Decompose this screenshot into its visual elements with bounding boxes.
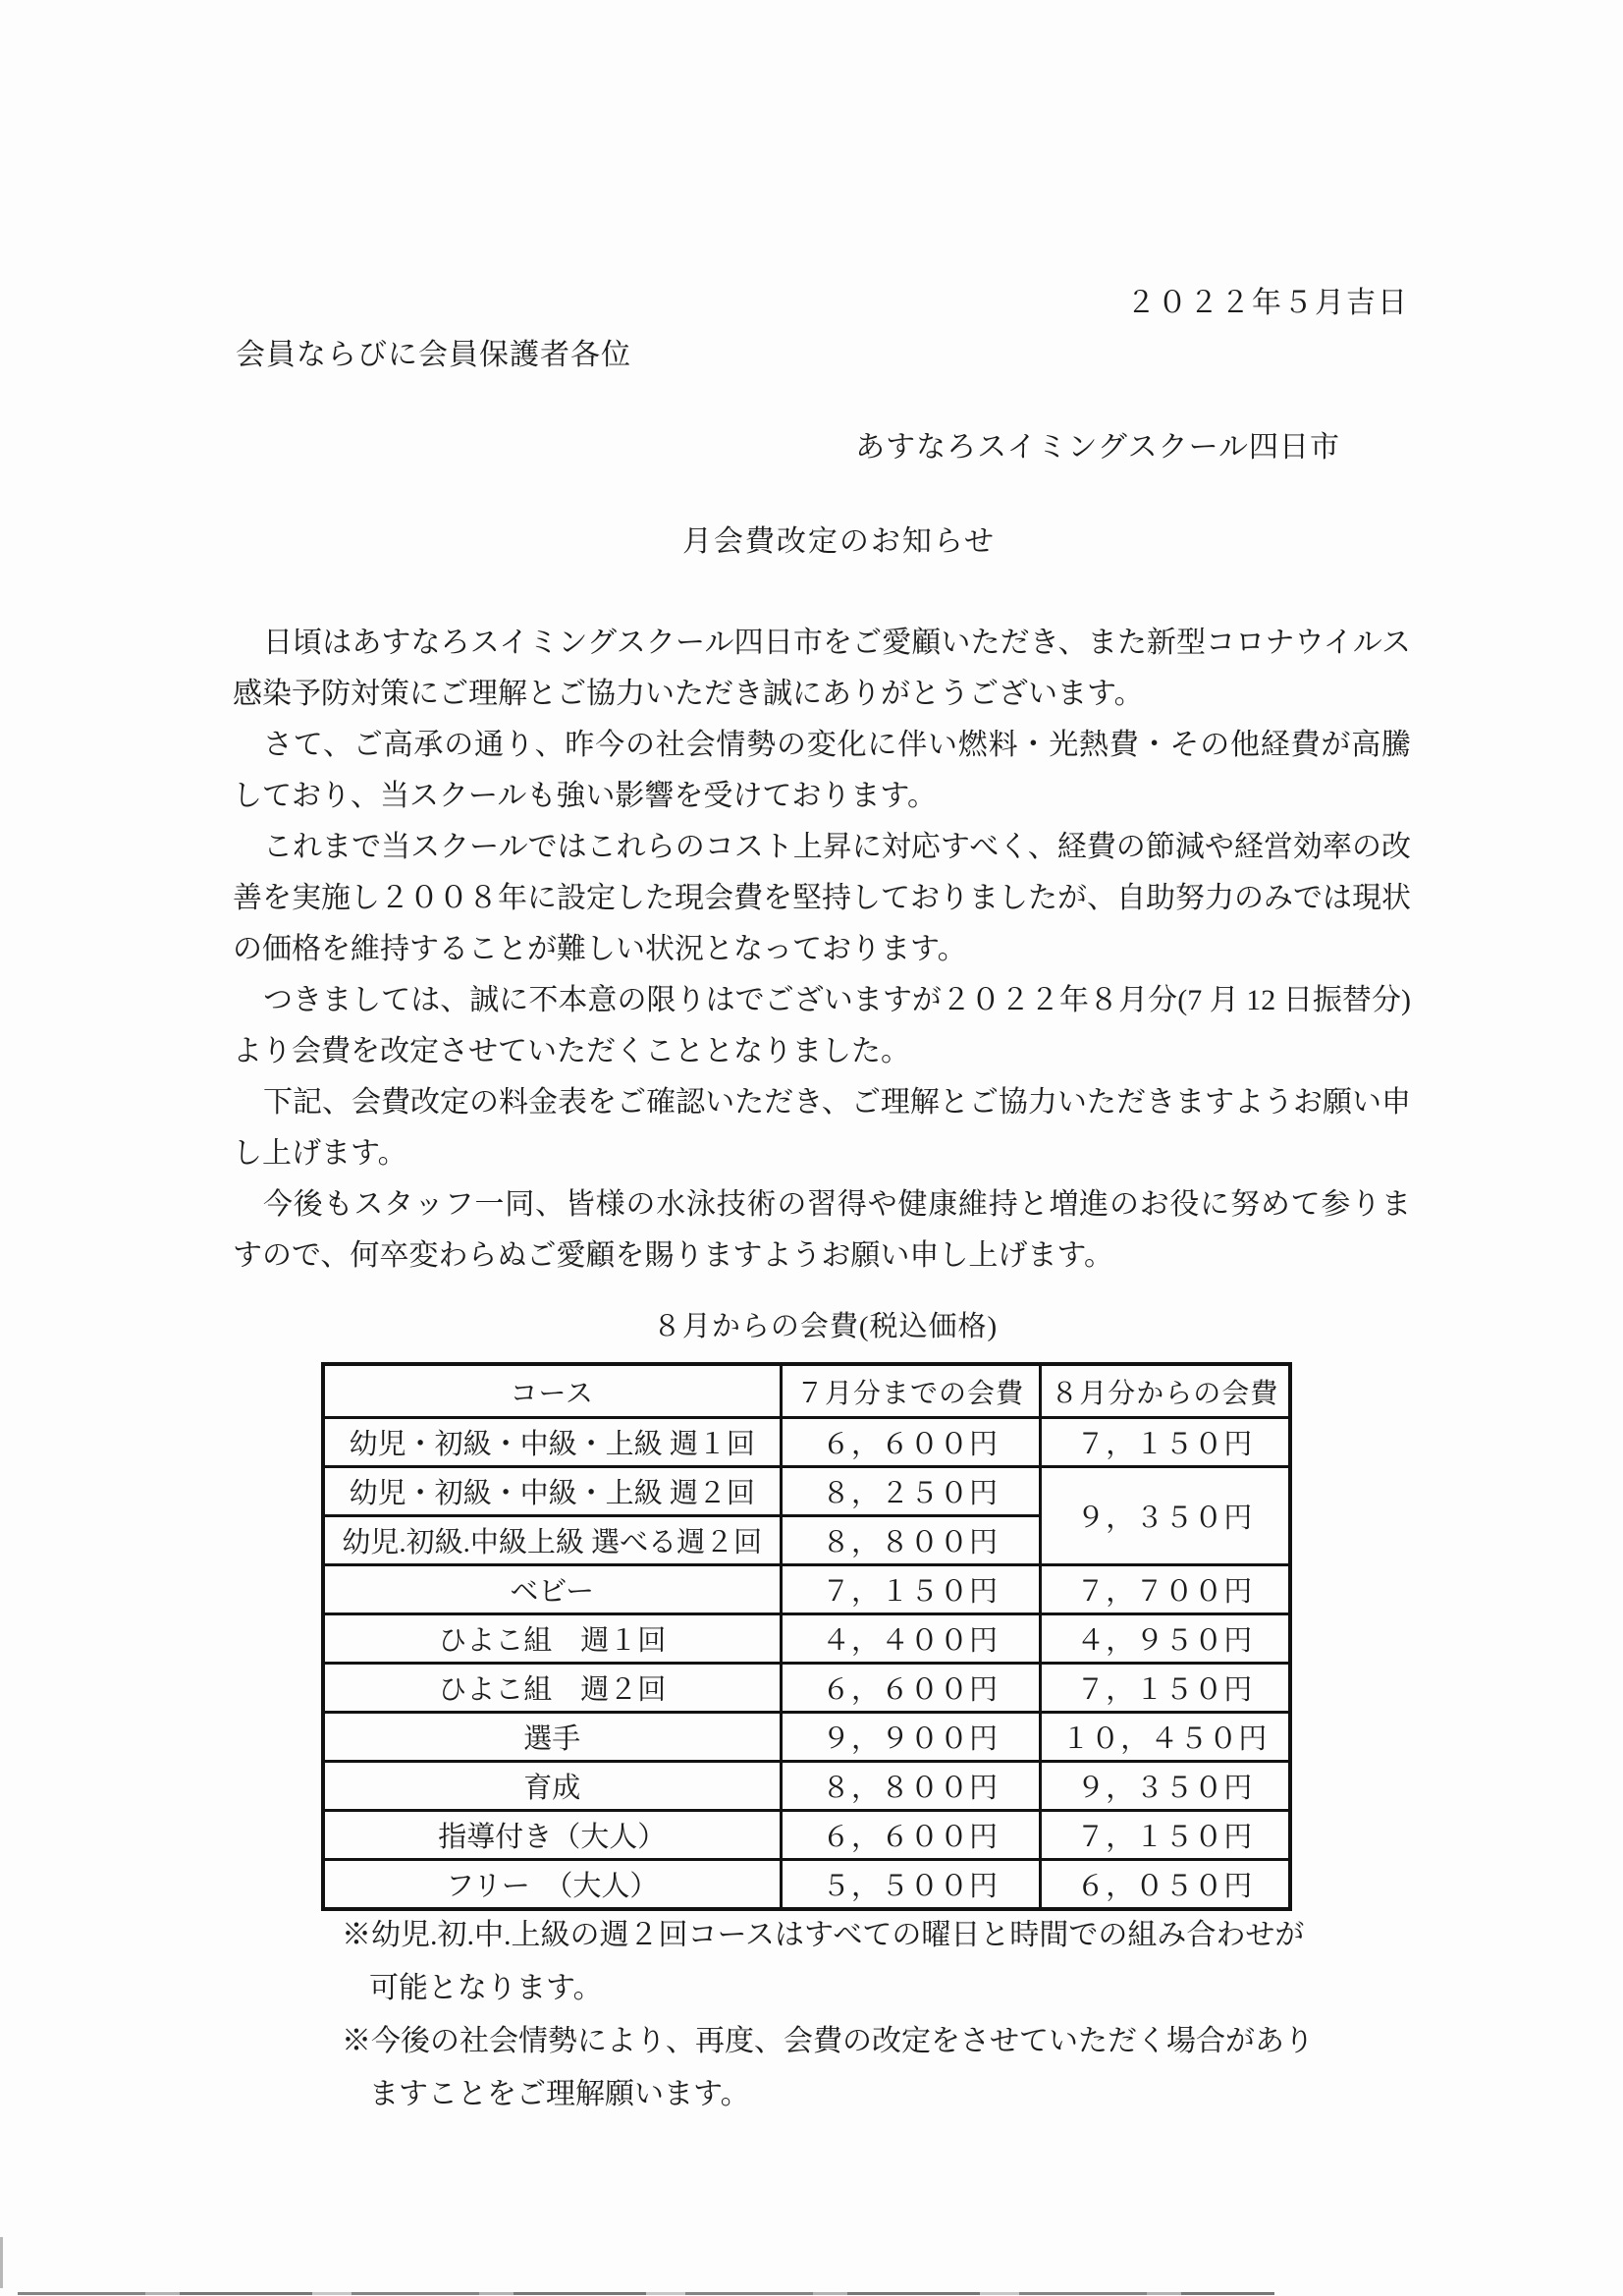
letter-body: 日頃はあすなろスイミングスクール四日市をご愛顧いただき、また新型コロナウイルス感… bbox=[233, 618, 1411, 1282]
price-until-july-cell: ５，５００円 bbox=[781, 1860, 1040, 1910]
price-until-july-cell: ８，２５０円 bbox=[781, 1467, 1040, 1516]
price-from-august-cell: ６，０５０円 bbox=[1040, 1860, 1290, 1910]
fee-table: コース ７月分までの会費 ８月分からの会費 幼児・初級・中級・上級 週１回 ６，… bbox=[321, 1362, 1292, 1911]
letter-page: ２０２２年５月吉日 会員ならびに会員保護者各位 あすなろスイミングスクール四日市… bbox=[0, 0, 1623, 2296]
footnote-1: ※幼児.初.中.上級の週２回コースはすべての曜日と時間での組み合わせが 可能とな… bbox=[342, 1909, 1314, 2015]
column-header-from-august: ８月分からの会費 bbox=[1040, 1364, 1290, 1418]
body-paragraph-2: さて、ご高承の通り、昨今の社会情勢の変化に伴い燃料・光熱費・その他経費が高騰して… bbox=[233, 720, 1411, 822]
scan-bottom-edge-artifact bbox=[18, 2292, 1274, 2295]
price-until-july-cell: ６，６００円 bbox=[781, 1664, 1040, 1713]
footnote-2: ※今後の社会情勢により、再度、会費の改定をさせていただく場合があり ますことをご… bbox=[342, 2015, 1314, 2121]
table-row: 育成 ８，８００円 ９，３５０円 bbox=[323, 1762, 1290, 1811]
footnote-line: ※今後の社会情勢により、再度、会費の改定をさせていただく場合があり bbox=[342, 2015, 1314, 2068]
scan-left-artifact bbox=[0, 2237, 3, 2288]
footnote-line: ますことをご理解願います。 bbox=[342, 2068, 1314, 2121]
course-cell: 指導付き（大人） bbox=[323, 1811, 781, 1860]
course-cell: 幼児.初級.中級上級 選べる週２回 bbox=[323, 1516, 781, 1565]
price-from-august-merged-cell: ９，３５０円 bbox=[1040, 1467, 1290, 1565]
price-until-july-cell: ６，６００円 bbox=[781, 1811, 1040, 1860]
course-cell: ベビー bbox=[323, 1565, 781, 1614]
recipient-line: 会員ならびに会員保護者各位 bbox=[236, 330, 631, 373]
body-paragraph-4: つきましては、誠に不本意の限りはでございますが２０２２年８月分(7 月 12 日… bbox=[233, 975, 1411, 1077]
fee-table-section: ８月からの会費(税込価格) コース ７月分までの会費 ８月分からの会費 幼児・初… bbox=[321, 1304, 1288, 1911]
price-until-july-cell: ９，９００円 bbox=[781, 1713, 1040, 1762]
body-paragraph-3: これまで当スクールではこれらのコスト上昇に対応すべく、経費の節減や経営効率の改善… bbox=[233, 822, 1411, 975]
table-row: ひよこ組 週１回 ４，４００円 ４，９５０円 bbox=[323, 1614, 1290, 1664]
footnote-line: 可能となります。 bbox=[342, 1962, 1314, 2015]
price-from-august-cell: ７，１５０円 bbox=[1040, 1664, 1290, 1713]
course-cell: 選手 bbox=[323, 1713, 781, 1762]
body-paragraph-6: 今後もスタッフ一同、皆様の水泳技術の習得や健康維持と増進のお役に努めて参りますの… bbox=[233, 1179, 1411, 1282]
price-from-august-cell: ７，１５０円 bbox=[1040, 1811, 1290, 1860]
course-cell: 幼児・初級・中級・上級 週１回 bbox=[323, 1418, 781, 1467]
sender-line: あすなろスイミングスクール四日市 bbox=[855, 422, 1340, 465]
table-row: フリー （大人） ５，５００円 ６，０５０円 bbox=[323, 1860, 1290, 1910]
table-row: 選手 ９，９００円 １０，４５０円 bbox=[323, 1713, 1290, 1762]
table-row: 幼児・初級・中級・上級 週２回 ８，２５０円 ９，３５０円 bbox=[323, 1467, 1290, 1516]
fee-table-caption: ８月からの会費(税込価格) bbox=[321, 1304, 1288, 1344]
body-paragraph-1: 日頃はあすなろスイミングスクール四日市をご愛顧いただき、また新型コロナウイルス感… bbox=[233, 618, 1411, 720]
course-cell: 幼児・初級・中級・上級 週２回 bbox=[323, 1467, 781, 1516]
price-until-july-cell: ４，４００円 bbox=[781, 1614, 1040, 1664]
table-row: 幼児・初級・中級・上級 週１回 ６，６００円 ７，１５０円 bbox=[323, 1418, 1290, 1467]
letter-title: 月会費改定のお知らせ bbox=[0, 517, 1623, 560]
price-until-july-cell: ６，６００円 bbox=[781, 1418, 1040, 1467]
column-header-course: コース bbox=[323, 1364, 781, 1418]
price-until-july-cell: ８，８００円 bbox=[781, 1516, 1040, 1565]
price-from-august-cell: １０，４５０円 bbox=[1040, 1713, 1290, 1762]
course-cell: 育成 bbox=[323, 1762, 781, 1811]
price-from-august-cell: ４，９５０円 bbox=[1040, 1614, 1290, 1664]
course-cell: ひよこ組 週２回 bbox=[323, 1664, 781, 1713]
price-from-august-cell: ７，１５０円 bbox=[1040, 1418, 1290, 1467]
date-line: ２０２２年５月吉日 bbox=[1126, 278, 1409, 321]
price-until-july-cell: ８，８００円 bbox=[781, 1762, 1040, 1811]
body-paragraph-5: 下記、会費改定の料金表をご確認いただき、ご理解とご協力いただきますようお願い申し… bbox=[233, 1077, 1411, 1179]
price-from-august-cell: ７，７００円 bbox=[1040, 1565, 1290, 1614]
table-row: 指導付き（大人） ６，６００円 ７，１５０円 bbox=[323, 1811, 1290, 1860]
course-cell: ひよこ組 週１回 bbox=[323, 1614, 781, 1664]
footnote-line: ※幼児.初.中.上級の週２回コースはすべての曜日と時間での組み合わせが bbox=[342, 1909, 1314, 1962]
table-row: ベビー ７，１５０円 ７，７００円 bbox=[323, 1565, 1290, 1614]
footnotes: ※幼児.初.中.上級の週２回コースはすべての曜日と時間での組み合わせが 可能とな… bbox=[342, 1909, 1314, 2121]
course-cell: フリー （大人） bbox=[323, 1860, 781, 1910]
price-from-august-cell: ９，３５０円 bbox=[1040, 1762, 1290, 1811]
price-until-july-cell: ７，１５０円 bbox=[781, 1565, 1040, 1614]
fee-table-header-row: コース ７月分までの会費 ８月分からの会費 bbox=[323, 1364, 1290, 1418]
table-row: ひよこ組 週２回 ６，６００円 ７，１５０円 bbox=[323, 1664, 1290, 1713]
column-header-until-july: ７月分までの会費 bbox=[781, 1364, 1040, 1418]
